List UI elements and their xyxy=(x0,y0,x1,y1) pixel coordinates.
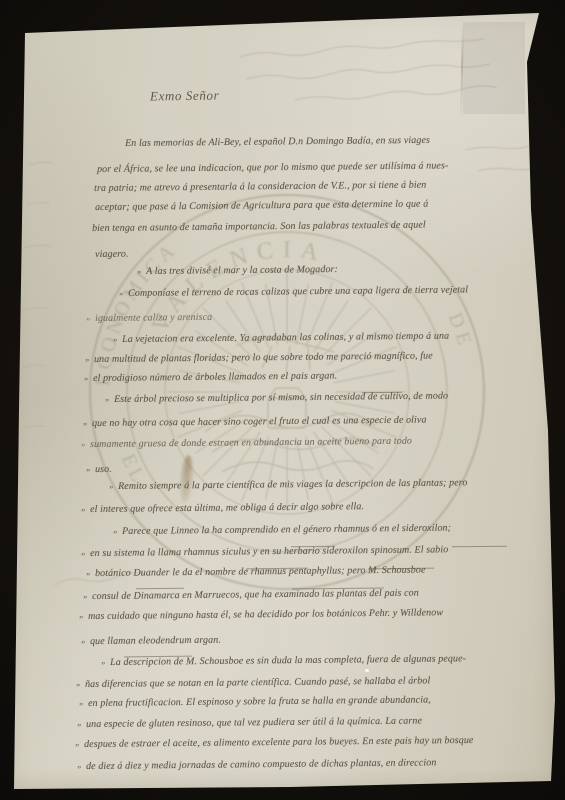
manuscript-line: „uso. xyxy=(95,464,112,475)
manuscript-line: „botánico Duander le da el nombre de rha… xyxy=(95,565,426,579)
manuscript-line: „una multitud de plantas floridas; pero … xyxy=(94,350,433,365)
manuscript-line-text: aceptar; que pase á la Comision de Agric… xyxy=(95,199,428,213)
quote-mark: „ xyxy=(105,392,110,402)
manuscript-line-text: que llaman eleodendrum argan. xyxy=(90,635,221,647)
manuscript-line: „Parece que Linneo la ha comprendido en … xyxy=(122,523,451,537)
manuscript-line: „de diez á diez y media jornadas de cami… xyxy=(86,757,436,772)
quote-mark: „ xyxy=(81,546,86,556)
quote-mark: „ xyxy=(79,609,84,619)
quote-mark: „ xyxy=(77,717,82,727)
quote-mark: „ xyxy=(83,589,88,599)
manuscript-line-text: viagero. xyxy=(95,249,129,260)
quote-mark: „ xyxy=(81,634,86,644)
quote-mark: „ xyxy=(119,286,124,296)
manuscript-line-text: de diez á diez y media jornadas de camin… xyxy=(86,757,436,772)
manuscript-line-text: uso. xyxy=(95,464,112,475)
manuscript-line-text: que no hay otra cosa que hacer sino coge… xyxy=(92,414,427,429)
scan-backdrop: ECONOMICA DE EL VALENCIA xyxy=(0,0,565,800)
manuscript-line: „que no hay otra cosa que hacer sino cog… xyxy=(92,414,427,429)
manuscript-line: „Componíase el terreno de rocas calizas … xyxy=(128,284,468,299)
manuscript-line-text: despues de estraer el aceite, es aliment… xyxy=(84,735,474,750)
manuscript-line: por el África, se lee una indicacion, qu… xyxy=(97,160,448,175)
edge-shadow xyxy=(463,22,525,114)
manuscript-line: aceptar; que pase á la Comision de Agric… xyxy=(95,199,428,213)
manuscript-line-text: ñas diferencias que se notan en la parte… xyxy=(85,675,430,690)
manuscript-line: „el prodigioso número de árboles llamado… xyxy=(93,370,337,384)
paper-speck xyxy=(365,669,369,672)
quote-mark: „ xyxy=(81,437,86,447)
manuscript-line: „mas cuidado que ninguno hasta él, se ha… xyxy=(88,607,443,622)
manuscript-line: „Remito siempre á la parte científica de… xyxy=(118,477,468,492)
manuscript-line-text: el interes que ofrece esta última, me ob… xyxy=(90,501,364,515)
quote-mark: „ xyxy=(81,502,86,512)
underline-stroke xyxy=(452,546,507,548)
manuscript-line: „en plena fructificacion. El espinoso y … xyxy=(88,694,431,709)
manuscript-line-text: Componíase el terreno de rocas calizas q… xyxy=(128,284,468,299)
quote-mark: „ xyxy=(83,416,88,426)
manuscript-line-text: La vejetacion era excelente. Ya agradaba… xyxy=(122,331,449,345)
manuscript-line-text: sumamente gruesa de donde estraen en abu… xyxy=(90,436,412,450)
quote-mark: „ xyxy=(79,696,84,706)
manuscript-line: „sumamente gruesa de donde estraen en ab… xyxy=(90,436,412,450)
quote-mark: „ xyxy=(76,677,81,687)
manuscript-line: En las memorias de Ali-Bey, el español D… xyxy=(125,135,430,149)
manuscript-line-text: A las tres divisé el mar y la costa de M… xyxy=(146,264,338,277)
quote-mark: „ xyxy=(75,737,80,747)
manuscript-line-text: bien tenga en asunto de tamaña importanc… xyxy=(92,220,426,234)
manuscript-line-text: tra patria; me atrevo á presentarla á la… xyxy=(94,180,426,194)
manuscript-line-text: en plena fructificacion. El espinoso y s… xyxy=(88,694,431,709)
manuscript-line: „igualmente caliza y arenisca xyxy=(95,312,212,324)
manuscript-line: viagero. xyxy=(95,249,129,260)
manuscript-line-text: el prodigioso número de árboles llamados… xyxy=(93,370,337,384)
quote-mark: „ xyxy=(137,264,142,274)
manuscript-line: bien tenga en asunto de tamaña importanc… xyxy=(92,220,426,234)
manuscript-paper: ECONOMICA DE EL VALENCIA xyxy=(0,0,565,800)
manuscript-line: tra patria; me atrevo á presentarla á la… xyxy=(94,180,426,194)
manuscript-line-text: una especie de gluten resinoso, que tal … xyxy=(86,715,422,730)
quote-mark: „ xyxy=(113,332,118,342)
quote-mark: „ xyxy=(86,566,91,576)
quote-mark: „ xyxy=(84,371,89,381)
manuscript-line: „ñas diferencias que se notan en la part… xyxy=(85,675,430,690)
manuscript-line: „en su sistema la llama rhamnus siculus … xyxy=(90,544,448,559)
manuscript-line-text: en su sistema la llama rhamnus siculus y… xyxy=(90,544,448,559)
manuscript-line-text: por el África, se lee una indicacion, qu… xyxy=(97,160,448,175)
manuscript-line-text: mas cuidado que ninguno hasta él, se ha … xyxy=(88,607,443,622)
manuscript-line: „despues de estraer el aceite, es alimen… xyxy=(84,735,474,750)
quote-mark: „ xyxy=(85,352,90,362)
quote-mark: „ xyxy=(86,311,91,321)
quote-mark: „ xyxy=(77,759,82,769)
manuscript-line-text: consul de Dinamarca en Marruecos, que ha… xyxy=(92,588,419,602)
manuscript-line: „consul de Dinamarca en Marruecos, que h… xyxy=(92,588,419,602)
salutation: Exmo Señor xyxy=(150,88,219,105)
quote-mark: „ xyxy=(113,524,118,534)
manuscript-line-text: En las memorias de Ali-Bey, el español D… xyxy=(125,135,430,149)
quote-mark: „ xyxy=(101,655,106,665)
manuscript-line: „La vejetacion era excelente. Ya agradab… xyxy=(122,331,449,345)
quote-mark: „ xyxy=(86,462,91,472)
text-layer: Exmo Señor En las memorias de Ali-Bey, e… xyxy=(0,0,565,800)
manuscript-line: „A las tres divisé el mar y la costa de … xyxy=(146,264,338,277)
manuscript-line: „que llaman eleodendrum argan. xyxy=(90,635,221,647)
quote-mark: „ xyxy=(109,479,114,489)
manuscript-line-text: Remito siempre á la parte científica de … xyxy=(118,477,468,492)
underline-stroke xyxy=(136,588,184,590)
manuscript-line-text: Parece que Linneo la ha comprendido en e… xyxy=(122,523,451,537)
manuscript-line: „el interes que ofrece esta última, me o… xyxy=(90,501,364,515)
manuscript-line-text: botánico Duander le da el nombre de rham… xyxy=(95,565,426,579)
manuscript-line-text: una multitud de plantas floridas; pero l… xyxy=(94,350,433,365)
manuscript-line-text: igualmente caliza y arenisca xyxy=(95,312,212,324)
manuscript-line: „una especie de gluten resinoso, que tal… xyxy=(86,715,422,730)
